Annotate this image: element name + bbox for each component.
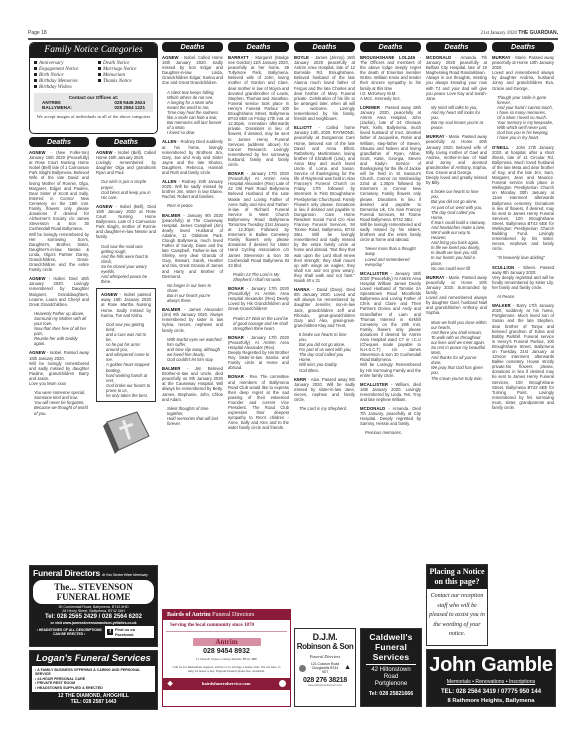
notice: MCALLISTER - January 16th 2020 (Peaceful… <box>360 271 421 378</box>
notice-verse: Though your smile is gone forever, And y… <box>492 95 554 141</box>
bairds-phone: 028 9454 8932 <box>163 648 290 655</box>
notice: BALMER - Jim Beloved Brother-in-law and … <box>162 366 223 402</box>
notice: LORIMER - Passed away 19th January 2020,… <box>360 105 421 243</box>
column-3: Deaths AGNEW - Isobel. Called Home 16th … <box>162 42 223 430</box>
bairds-of-antrim-ad: Bairds of Antrim Funeral Directors Servi… <box>162 609 291 707</box>
notice: MCALLISTER - William, died 16th January … <box>360 382 421 402</box>
facebook-icon: f <box>107 629 113 635</box>
john-gamble-memorials-ad: John Gamble Memorials • Renovations • In… <box>426 649 556 707</box>
notice-verse: The Lord is my Shepherd. <box>294 406 355 411</box>
notice-verse: You were someone special, Someone kind a… <box>29 390 89 415</box>
notice-verse: 'Never more than a thought away. Loved a… <box>360 246 421 266</box>
notice-verse: Psalm 23 The Lord is My Shepherd I shall… <box>228 272 289 282</box>
notice: BOYLE - James (Jimmy) 18th January 2020 … <box>294 55 355 121</box>
notice-verse: Rest in peace. <box>162 203 223 208</box>
notice: AGNEW - (Nee Fuller-ton) January 16th 20… <box>29 150 89 272</box>
ad-tagline: At Your Service When Necessary <box>102 573 148 577</box>
column-7: Deaths MCDONALD - Amanda. 7th January 20… <box>426 42 487 385</box>
caldwells-funeral-services-ad: Caldwell'sFuneralServices 42 Hiltonstown… <box>360 628 422 707</box>
family-notice-categories: Family Notice Categories Anniversary Dea… <box>29 42 158 134</box>
notice: ELLIOTT - Called home January 14th, 2020… <box>294 125 355 283</box>
column-2: Deaths AGNEW - Isobel (Bell). Called Hom… <box>96 137 156 456</box>
notice: SCULLION - Eileen. Passed away 8th Janua… <box>492 265 554 290</box>
notice: O'NEILL - John 17th January 2020, at hos… <box>492 145 554 252</box>
bairds-logo-icon: ❖ <box>167 680 173 688</box>
page-number: Page 18 <box>28 30 47 36</box>
djm-robinson-ad: D.J.M. Robinson & Son Funeral Directors … <box>294 628 356 707</box>
placing-a-notice-box: Placing a Noticeon this page? Contact ou… <box>426 564 488 646</box>
column-5: Deaths BOYLE - James (Jimmy) 18th Januar… <box>294 42 355 415</box>
category-marriage: Marriage Notice <box>98 67 158 72</box>
notice: AGNEW - Isobel passed away 16th January … <box>101 292 151 317</box>
notice: BROUGHSHANE LOL246 - The Officers and me… <box>360 55 421 101</box>
notice-verse: Heavenly Father up above, Surround my Mo… <box>29 311 89 347</box>
djm-phone: 028 276 38218 <box>295 677 355 684</box>
notice: BONAR - January 17th 2020 (Peacefully) A… <box>228 335 289 371</box>
notice: BALMER - January 9th 2020 (peacefully) a… <box>162 213 223 279</box>
column-6: Deaths BROUGHSHANE LOL246 - The Officers… <box>360 42 421 440</box>
notice: MURRAY - Marie. Passed away peacefully a… <box>426 134 487 185</box>
facebook-badge: fFind us on Facebook <box>105 626 154 638</box>
notice: AGNEW - Isobel. Called Home 16th January… <box>162 55 223 86</box>
stevenson-name: The... STEVENSONFUNERAL HOME <box>33 580 154 604</box>
notice-verse: Precious memories. <box>360 430 421 435</box>
column-8: Deaths MURRAY - Marie. Passed away peace… <box>492 42 554 414</box>
category-birthday-memories: Birthday Memories <box>34 79 98 84</box>
triangle-logo-icon: ▲ <box>344 666 351 670</box>
notice-verse: No longer in our lives to share, But in … <box>162 283 223 303</box>
notice: BONAR - Rex. The committee and members o… <box>228 374 289 430</box>
notice: ALLEN - Rodney 15th January 2020. Will b… <box>162 179 223 199</box>
notice: MCDONALD - Amanda. 7th January 2020 peac… <box>426 55 487 101</box>
category-memoriam: Memoriam <box>98 73 158 78</box>
deaths-header: Deaths <box>360 42 421 52</box>
notice-verse: God saw you getting tired, and a cure wa… <box>101 322 151 398</box>
gamble-phone: TEL: 028 2564 3419 / 07775 950 144 <box>427 689 555 695</box>
notice-verse: Silent thoughts of time together, Hold m… <box>162 406 223 426</box>
deaths-header: Deaths <box>96 137 156 147</box>
logans-funeral-services-ad: Logan's Funeral Services • A FAMILY BUSI… <box>29 650 158 710</box>
column-1: Deaths AGNEW - (Nee Fuller-ton) January … <box>29 137 89 420</box>
stevenson-phone: Tel: 028 2565 2429 / 028 2564 6202 <box>30 614 157 621</box>
notice: HANNA - David (Davy). Died 8th January 2… <box>294 287 355 328</box>
page-date: 21st January 2020 THE GUARDIAN, <box>481 30 558 36</box>
gamble-name: John Gamble <box>427 653 555 677</box>
notice-verse: It broke our hearts to lose you, But you… <box>294 332 355 373</box>
notice-verse: It broke our hearts to lose you, But you… <box>426 189 487 271</box>
newspaper-name: THE GUARDIAN, <box>518 30 558 36</box>
notice: AGNEW - Isobel. Passed away 16th January… <box>29 350 89 386</box>
bairds-town-label: Antrim <box>193 638 261 646</box>
notice-verse: My mind still talks to you, And my heart… <box>426 105 487 130</box>
logan-title: Logan's Funeral Services <box>30 651 157 666</box>
category-birth: Birth Notice <box>34 73 98 78</box>
category-death-notice: Death Notice <box>98 61 158 66</box>
notice-verse: Our wish is just a simple prayer, God bl… <box>96 179 156 199</box>
contact-offices: Contact our Offices at: ANTRIM:028 9446 … <box>34 93 153 112</box>
deaths-header: Deaths <box>162 42 223 52</box>
seal-icon <box>279 680 286 687</box>
notice: BONAR - January 17th 2020 (Peacefully) A… <box>228 171 289 268</box>
caldwell-phone: Tel: 028 25821666 <box>361 691 421 697</box>
notice: AGNEW - Isobel. Died 16th January 2020. … <box>29 276 89 307</box>
column-4: Deaths BARRATT - Margaret (Madge nee Gor… <box>228 42 289 434</box>
category-engagement: Engagement Notice <box>34 67 98 72</box>
office-ballymena-phone: 028 2564 1221 <box>114 105 145 110</box>
bible-icon <box>99 410 154 455</box>
category-thanks: Thanks Notice <box>98 79 158 84</box>
bairds-website: bairdsfuneralservice.com <box>202 681 251 686</box>
notice-verse: God saw the road was getting rough, And … <box>96 244 156 285</box>
crest-icon <box>299 665 306 672</box>
notice-verse: With tearful eyes we watched him suffer,… <box>162 337 223 362</box>
header-rule <box>28 38 558 40</box>
logan-services-list: • A FAMILY BUSINESS OFFERING A CARING AN… <box>32 666 155 692</box>
category-birthday-wishes: Birthday Wishes <box>34 85 98 90</box>
office-ballymena: BALLYMENA: <box>42 105 72 110</box>
notice-verse: A silent tear keeps falling, Which other… <box>162 90 223 136</box>
deaths-header: Deaths <box>29 137 89 147</box>
notice: BALMER - James Alexander (Jim) 9th Janua… <box>162 307 223 332</box>
notice-verse: At Peace. <box>492 294 554 299</box>
categories-title: Family Notice Categories <box>30 43 157 58</box>
notice: MURRAY - Marie. Passed away peacefully a… <box>492 55 554 91</box>
deaths-header: Deaths <box>294 42 355 52</box>
deaths-header: Deaths <box>228 42 289 52</box>
deaths-header: Deaths <box>426 42 487 52</box>
notice-verse: Psalm 27 Wait on the Lord be of good cou… <box>228 316 289 331</box>
notice: ALLEN - Rodney Died suddenly at his home… <box>162 139 223 175</box>
notice: AGNEW - Isobel (Bell). Called Home 16th … <box>96 150 156 175</box>
notice: AGNEW - Isobel (Bell), Died 16th January… <box>96 204 156 240</box>
stevenson-funeral-home-ad: Funeral DirectorsAt Your Service When Ne… <box>29 565 158 647</box>
ad-header: Funeral Directors <box>33 568 100 578</box>
notice-verse: "In heavenly love abiding" <box>492 255 554 260</box>
category-anniversary: Anniversary <box>34 61 98 66</box>
notice: WALKER - Barry 17th January 2020, sudden… <box>492 303 554 410</box>
notice: MURRAY - Marie. Passed away peacefully a… <box>426 275 487 316</box>
notice: MCDONALD - Amanda. Died 7th January, pea… <box>360 406 421 426</box>
notice-verse: Mum we hold you close within our hearts,… <box>426 320 487 381</box>
notice: BARRATT - Margaret (Madge nee Gordon) 11… <box>228 55 289 167</box>
deaths-header: Deaths <box>492 42 554 52</box>
boxed-notice: AGNEW - Isobel passed away 16th January … <box>96 288 156 402</box>
images-note: We accept images of individuals in all o… <box>30 112 157 121</box>
notice: BONAR - January 17th 2020 (Peacefully) A… <box>228 286 289 311</box>
notice: KERR - Alan. Passed away 8th January 202… <box>294 377 355 402</box>
